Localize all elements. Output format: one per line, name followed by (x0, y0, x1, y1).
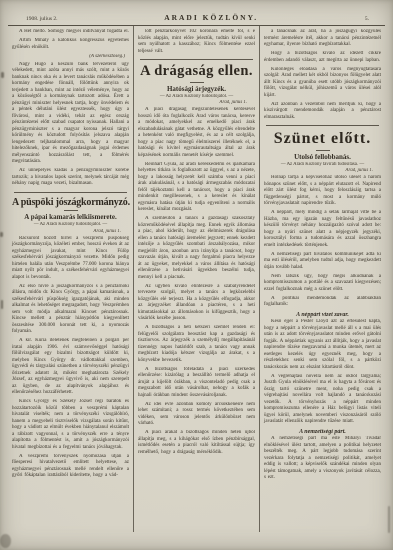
body-paragraph: Különleges előadása a város megnyugtatás… (264, 67, 381, 100)
body-paragraph: A veszprémi törvényszék nyomozása útján … (12, 454, 129, 480)
column-container: A Hét méltó. Somogy megyei indítványát f… (8, 26, 385, 532)
article-headline: A drágaság ellen. (138, 64, 255, 80)
headline-divider (64, 210, 78, 211)
body-paragraph: Kincs György és Székely József régi bará… (12, 399, 129, 451)
column3-body-2: Késő éjjel a Pester Lloyd azt az értesül… (264, 319, 381, 426)
section-subhead: A néppárt vizet zavar. (264, 312, 381, 318)
column2-body: A piaci drágaság megszüntetésének kérdés… (138, 107, 255, 456)
body-paragraph: Azt azonban a vezetőből nem merítjük ki,… (264, 102, 381, 122)
body-paragraph: Az első hívre a jószágkormányzói s a pén… (12, 284, 129, 336)
body-paragraph: A bizottságos a heti kétszeri szemlét re… (138, 325, 255, 364)
body-paragraph: a tanácsnak az árat, ha a jószágügyi köz… (264, 29, 381, 49)
body-paragraph: Holnap tartja a képviselőház utolsó ülés… (264, 175, 381, 208)
newspaper-title: ARADI KÖZLÖNY. (164, 13, 258, 22)
article-subtitle: A pápai kamarás lelkiismerete. (12, 213, 129, 221)
column-3: a tanácsnak az árat, ha a jószágügyi köz… (259, 26, 385, 532)
article-dateline: Arad, július 1. (264, 168, 373, 173)
column1-intro: A Hét méltó. Somogy megyei indítványát f… (12, 29, 129, 51)
intro-signature: (A szerkesztőség.) (12, 54, 125, 59)
body-paragraph: A politikai mendemondák az alábbiakban f… (264, 296, 381, 309)
column-2: lott pénztárkönyvét 102 koronára emelte … (133, 26, 259, 532)
column-1: A Hét méltó. Somogy megyei indítványát f… (8, 26, 133, 532)
article-rule (266, 125, 379, 126)
scan-artifact (0, 232, 3, 237)
body-paragraph: A szemleúton a tanács a gazdasági szakos… (138, 216, 255, 281)
column2-top: lott pénztárkönyvét 102 koronára emelte … (138, 29, 255, 55)
article-subtitle: Utolsó fellobbanás. (264, 153, 381, 161)
column3-body-3: A nemzetiségi párt ma este Mihályi Tivad… (264, 436, 381, 482)
article-dateline: Arad, július 1. (12, 229, 121, 234)
article-tagline: — Az Aradi Közlöny tudósítójától. — (138, 94, 255, 99)
body-paragraph: Reinhart Gyula, az aradi kereskedelmi és… (138, 162, 255, 214)
body-paragraph: Késő éjjel a Pester Lloyd azt az értesül… (264, 319, 381, 371)
article-subtitle: Hatósági árjegyzék. (138, 85, 255, 93)
newspaper-page: 1908. julius 2. ARADI KÖZLÖNY. 5. A Hét … (0, 0, 393, 550)
body-paragraph: A Hét méltó. Somogy megyei indítványát f… (12, 29, 129, 36)
article-tagline: — Az Aradi Közlöny távirati tudósítása. … (264, 162, 381, 167)
article-tagline: — Az Aradi Közlöny tudósítójától. — (12, 222, 129, 227)
body-paragraph: Nem látszik úgy, hogy mégis alkudnának a… (264, 274, 381, 294)
body-paragraph: A végrehajtási novella nem az okból tárg… (264, 374, 381, 426)
article-rule (14, 192, 127, 193)
body-paragraph: Az idei évre azonban komoly árcsökkenésr… (138, 402, 255, 428)
body-paragraph: Hogy a bizottságos kiváló az idézett cik… (264, 51, 381, 64)
scan-artifact (388, 506, 390, 533)
body-paragraph: Az ünnepélyes kiadás a pénzügyminiszter … (12, 168, 129, 188)
masthead: 1908. julius 2. ARADI KÖZLÖNY. 5. (0, 0, 393, 24)
body-paragraph: A piaci árakat a bizottságos minden héte… (138, 430, 255, 456)
article-headline: A püspöki jószágkormányzó. (12, 197, 129, 209)
article-dateline: Arad, július 1. (138, 100, 247, 105)
body-paragraph: A piaci drágaság megszüntetésének kérdés… (138, 107, 255, 159)
body-paragraph: Artim Mihály a katolikus kongresszus egy… (12, 38, 129, 51)
scan-artifact (1, 72, 4, 78)
column3-top: a tanácsnak az árat, ha a jószágügyi köz… (264, 29, 381, 121)
body-paragraph: A néppárt, mely mindig a séták lármáját … (264, 210, 381, 249)
page-number: 5. (365, 16, 369, 22)
body-paragraph: A kir. Kúria ítéletének megfelelően a po… (12, 338, 129, 397)
body-paragraph: A nemzetiségi párt ma este Mihályi Tivad… (264, 436, 381, 482)
body-paragraph: Az ügyben kíváló elintézésre a szabályre… (138, 284, 255, 323)
article-rule (140, 59, 253, 60)
column3-body-1: Holnap tartja a képviselőház utolsó ülés… (264, 175, 381, 309)
body-paragraph: Nagy Hugó a készülő bank tervezetéről úg… (12, 62, 129, 166)
headline-divider (316, 150, 330, 151)
column1-lead: Nagy Hugó a készülő bank tervezetéről úg… (12, 62, 129, 188)
scan-artifact (0, 534, 11, 548)
column1-body: Rácsuront hozott hírrel a veszprémi püsp… (12, 236, 129, 480)
headline-divider (190, 82, 204, 83)
body-paragraph: lott pénztárkönyvét 102 koronára emelte … (138, 29, 255, 55)
article-headline: Szünet előtt. (264, 130, 381, 148)
issue-date: 1908. julius 2. (26, 16, 57, 22)
body-paragraph: Rácsuront hozott hírrel a veszprémi püsp… (12, 236, 129, 282)
body-paragraph: A bizottságos főfeladata a piaci üzérked… (138, 367, 255, 400)
body-paragraph: A nemzetiségi párt hivatalos kommünikéjé… (264, 252, 381, 272)
scan-artifact (1, 300, 3, 309)
section-subhead: A nemzetiségi párt. (264, 429, 381, 435)
